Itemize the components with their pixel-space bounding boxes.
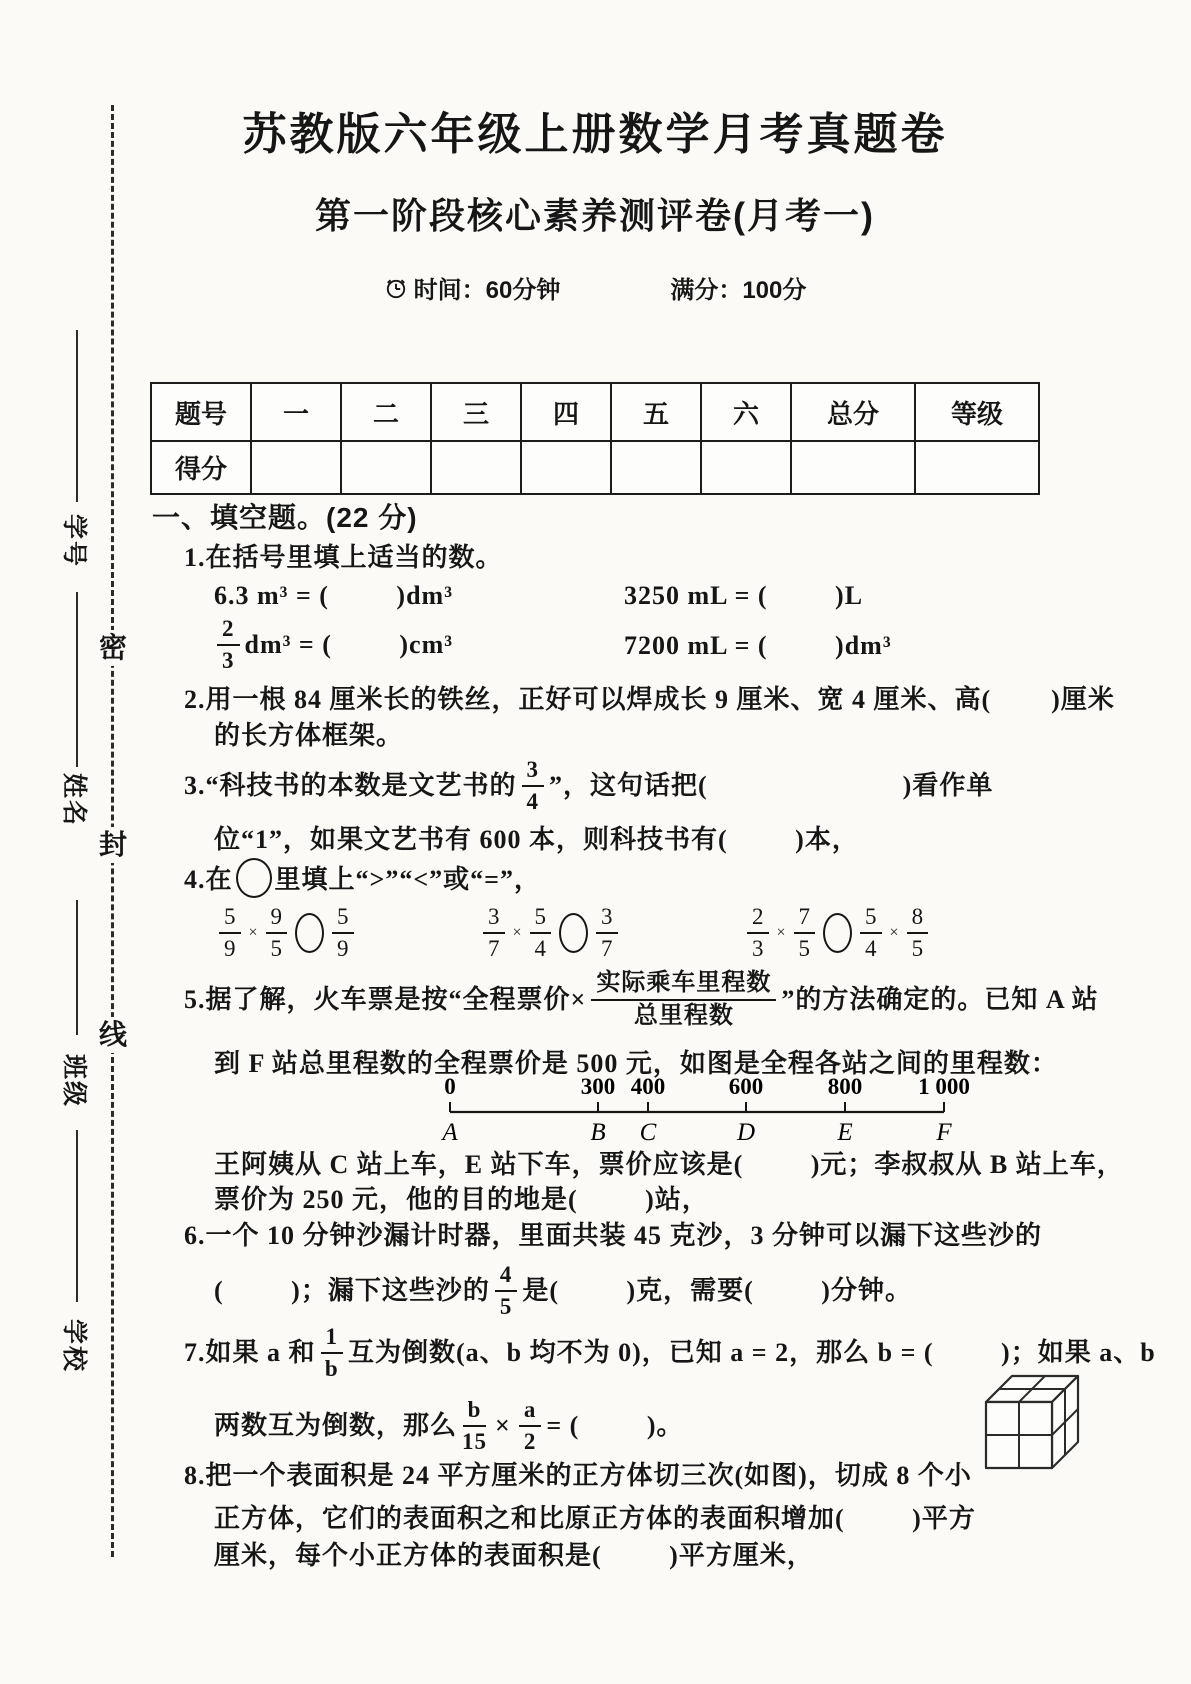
score-table-header-row: 题号 一 二 三 四 五 六 总分 等级	[151, 383, 1039, 441]
class-write-line	[76, 900, 78, 1035]
student-id-write-line	[76, 330, 78, 502]
col-total: 总分	[791, 383, 915, 441]
mileage-300: 300	[581, 1074, 616, 1099]
fraction-1-b: 1b	[321, 1325, 344, 1381]
question-6-line-2: ( )；漏下这些沙的 45 是( )克，需要( )分钟。	[214, 1260, 912, 1322]
question-3-line-2: 位“1”，如果文艺书有 600 本，则科技书有( )本，	[214, 820, 859, 860]
name-label: 姓名	[60, 772, 88, 828]
score-table: 题号 一 二 三 四 五 六 总分 等级 得分	[150, 382, 1040, 495]
fraction-2-3: 23	[217, 617, 240, 673]
mileage-0: 0	[444, 1074, 456, 1099]
comparison-circle	[236, 858, 272, 898]
question-7-line-2: 两数互为倒数，那么 b15 × a2 = ( )。	[214, 1395, 683, 1457]
class-label: 班级	[60, 1053, 88, 1109]
question-1-item-a2: 23 dm³ = ( )cm³	[212, 614, 453, 676]
col-part-3: 三	[431, 383, 521, 441]
question-8-line-1: 8.把一个表面积是 24 平方厘米的正方体切三次(如图)，切成 8 个小	[184, 1456, 972, 1496]
station-B: B	[590, 1119, 605, 1146]
time-label: 时间：60分钟	[414, 270, 561, 305]
exam-info-row: 时间：60分钟 满分：100分	[140, 270, 1050, 305]
page-subtitle: 第一阶段核心素养测评卷(月考一)	[140, 188, 1050, 239]
question-4-expression-3: 23 × 75 54 × 85	[742, 903, 933, 963]
question-5-line-3: 王阿姨从 C 站上车，E 站下车，票价应该是( )元；李叔叔从 B 站上车，	[214, 1145, 1124, 1185]
section-1-heading: 一、填空题。(22 分)	[152, 498, 418, 538]
col-grade: 等级	[915, 383, 1039, 441]
mileage-1000: 1 000	[918, 1074, 970, 1099]
station-F: F	[935, 1119, 952, 1146]
question-4-expression-1: 59 × 95 59	[214, 903, 359, 963]
fraction-b-15: b15	[462, 1398, 487, 1454]
col-part-2: 二	[341, 383, 431, 441]
question-5-line-4: 票价为 250 元，他的目的地是( )站，	[214, 1180, 709, 1220]
full-score-info: 满分：100分	[670, 270, 806, 305]
school-write-line	[76, 1130, 78, 1302]
score-row-label: 得分	[151, 441, 251, 494]
mileage-600: 600	[729, 1074, 764, 1099]
station-C: C	[640, 1119, 657, 1146]
question-8-line-2: 正方体，它们的表面积之和比原正方体的表面积增加( )平方	[214, 1499, 976, 1539]
question-1-item-b1: 3250 mL = ( )L	[624, 576, 863, 616]
seal-char-mi: 密	[94, 630, 132, 666]
score-cell	[791, 441, 915, 494]
comparison-circle	[295, 913, 324, 953]
question-1-stem: 1.在括号里填上适当的数。	[184, 538, 503, 578]
question-4-stem: 4.在里填上“>”“<”或“=”，	[184, 858, 541, 900]
clock-icon	[384, 276, 408, 300]
fraction-mileage: 实际乘车里程数总里程数	[591, 971, 776, 1029]
question-2-line-1: 2.用一根 84 厘米长的铁丝，正好可以焊成长 9 厘米、宽 4 厘米、高( )…	[184, 680, 1115, 720]
mileage-800: 800	[828, 1074, 863, 1099]
question-1-item-a1: 6.3 m³ = ( )dm³	[214, 576, 453, 616]
score-cell	[611, 441, 701, 494]
score-table-score-row: 得分	[151, 441, 1039, 494]
seal-char-xian: 线	[94, 1017, 132, 1053]
score-cell	[701, 441, 791, 494]
col-question-number: 题号	[151, 383, 251, 441]
col-part-4: 四	[521, 383, 611, 441]
score-cell	[431, 441, 521, 494]
fraction-a-2: a2	[519, 1398, 542, 1454]
fraction-4-5: 45	[495, 1263, 518, 1319]
seal-char-feng: 封	[94, 827, 132, 863]
time-info: 时间：60分钟	[384, 270, 561, 305]
col-part-6: 六	[701, 383, 791, 441]
question-6-line-1: 6.一个 10 分钟沙漏计时器，里面共装 45 克沙，3 分钟可以漏下这些沙的	[184, 1216, 1042, 1256]
student-id-label: 学号	[60, 513, 88, 569]
col-part-1: 一	[251, 383, 341, 441]
page-title: 苏教版六年级上册数学月考真题卷	[140, 98, 1050, 162]
fraction-3-4: 34	[522, 758, 545, 814]
comparison-circle	[823, 913, 852, 953]
station-E: E	[836, 1119, 852, 1146]
question-3-line-1: 3.“科技书的本数是文艺书的 34 ”，这句话把( )看作单	[184, 755, 993, 817]
score-cell	[521, 441, 611, 494]
exam-paper-page: 密 封 线 学号 姓名 班级 学校 苏教版六年级上册数学月考真题卷 第一阶段核心…	[0, 0, 1191, 1684]
school-label: 学校	[60, 1318, 88, 1374]
name-write-line	[76, 592, 78, 767]
mileage-400: 400	[631, 1074, 666, 1099]
score-cell	[341, 441, 431, 494]
comparison-circle	[559, 913, 588, 953]
cut-cube-diagram	[982, 1356, 1090, 1480]
question-2-line-2: 的长方体框架。	[214, 716, 403, 756]
station-A: A	[440, 1119, 458, 1146]
full-score-label: 满分：100分	[670, 270, 806, 305]
question-5-line-1: 5.据了解，火车票是按“全程票价× 实际乘车里程数总里程数 ”的方法确定的。已知…	[184, 966, 1099, 1034]
col-part-5: 五	[611, 383, 701, 441]
question-8-line-3: 厘米，每个小正方体的表面积是( )平方厘米，	[214, 1536, 814, 1576]
station-D: D	[736, 1119, 755, 1146]
score-cell	[251, 441, 341, 494]
question-1-item-b2: 7200 mL = ( )dm³	[624, 626, 892, 666]
question-4-expression-2: 37 × 54 37	[478, 903, 623, 963]
score-cell	[915, 441, 1039, 494]
mileage-number-line: 0 300 400 600 800 1 000 A B C D E F	[428, 1072, 973, 1148]
